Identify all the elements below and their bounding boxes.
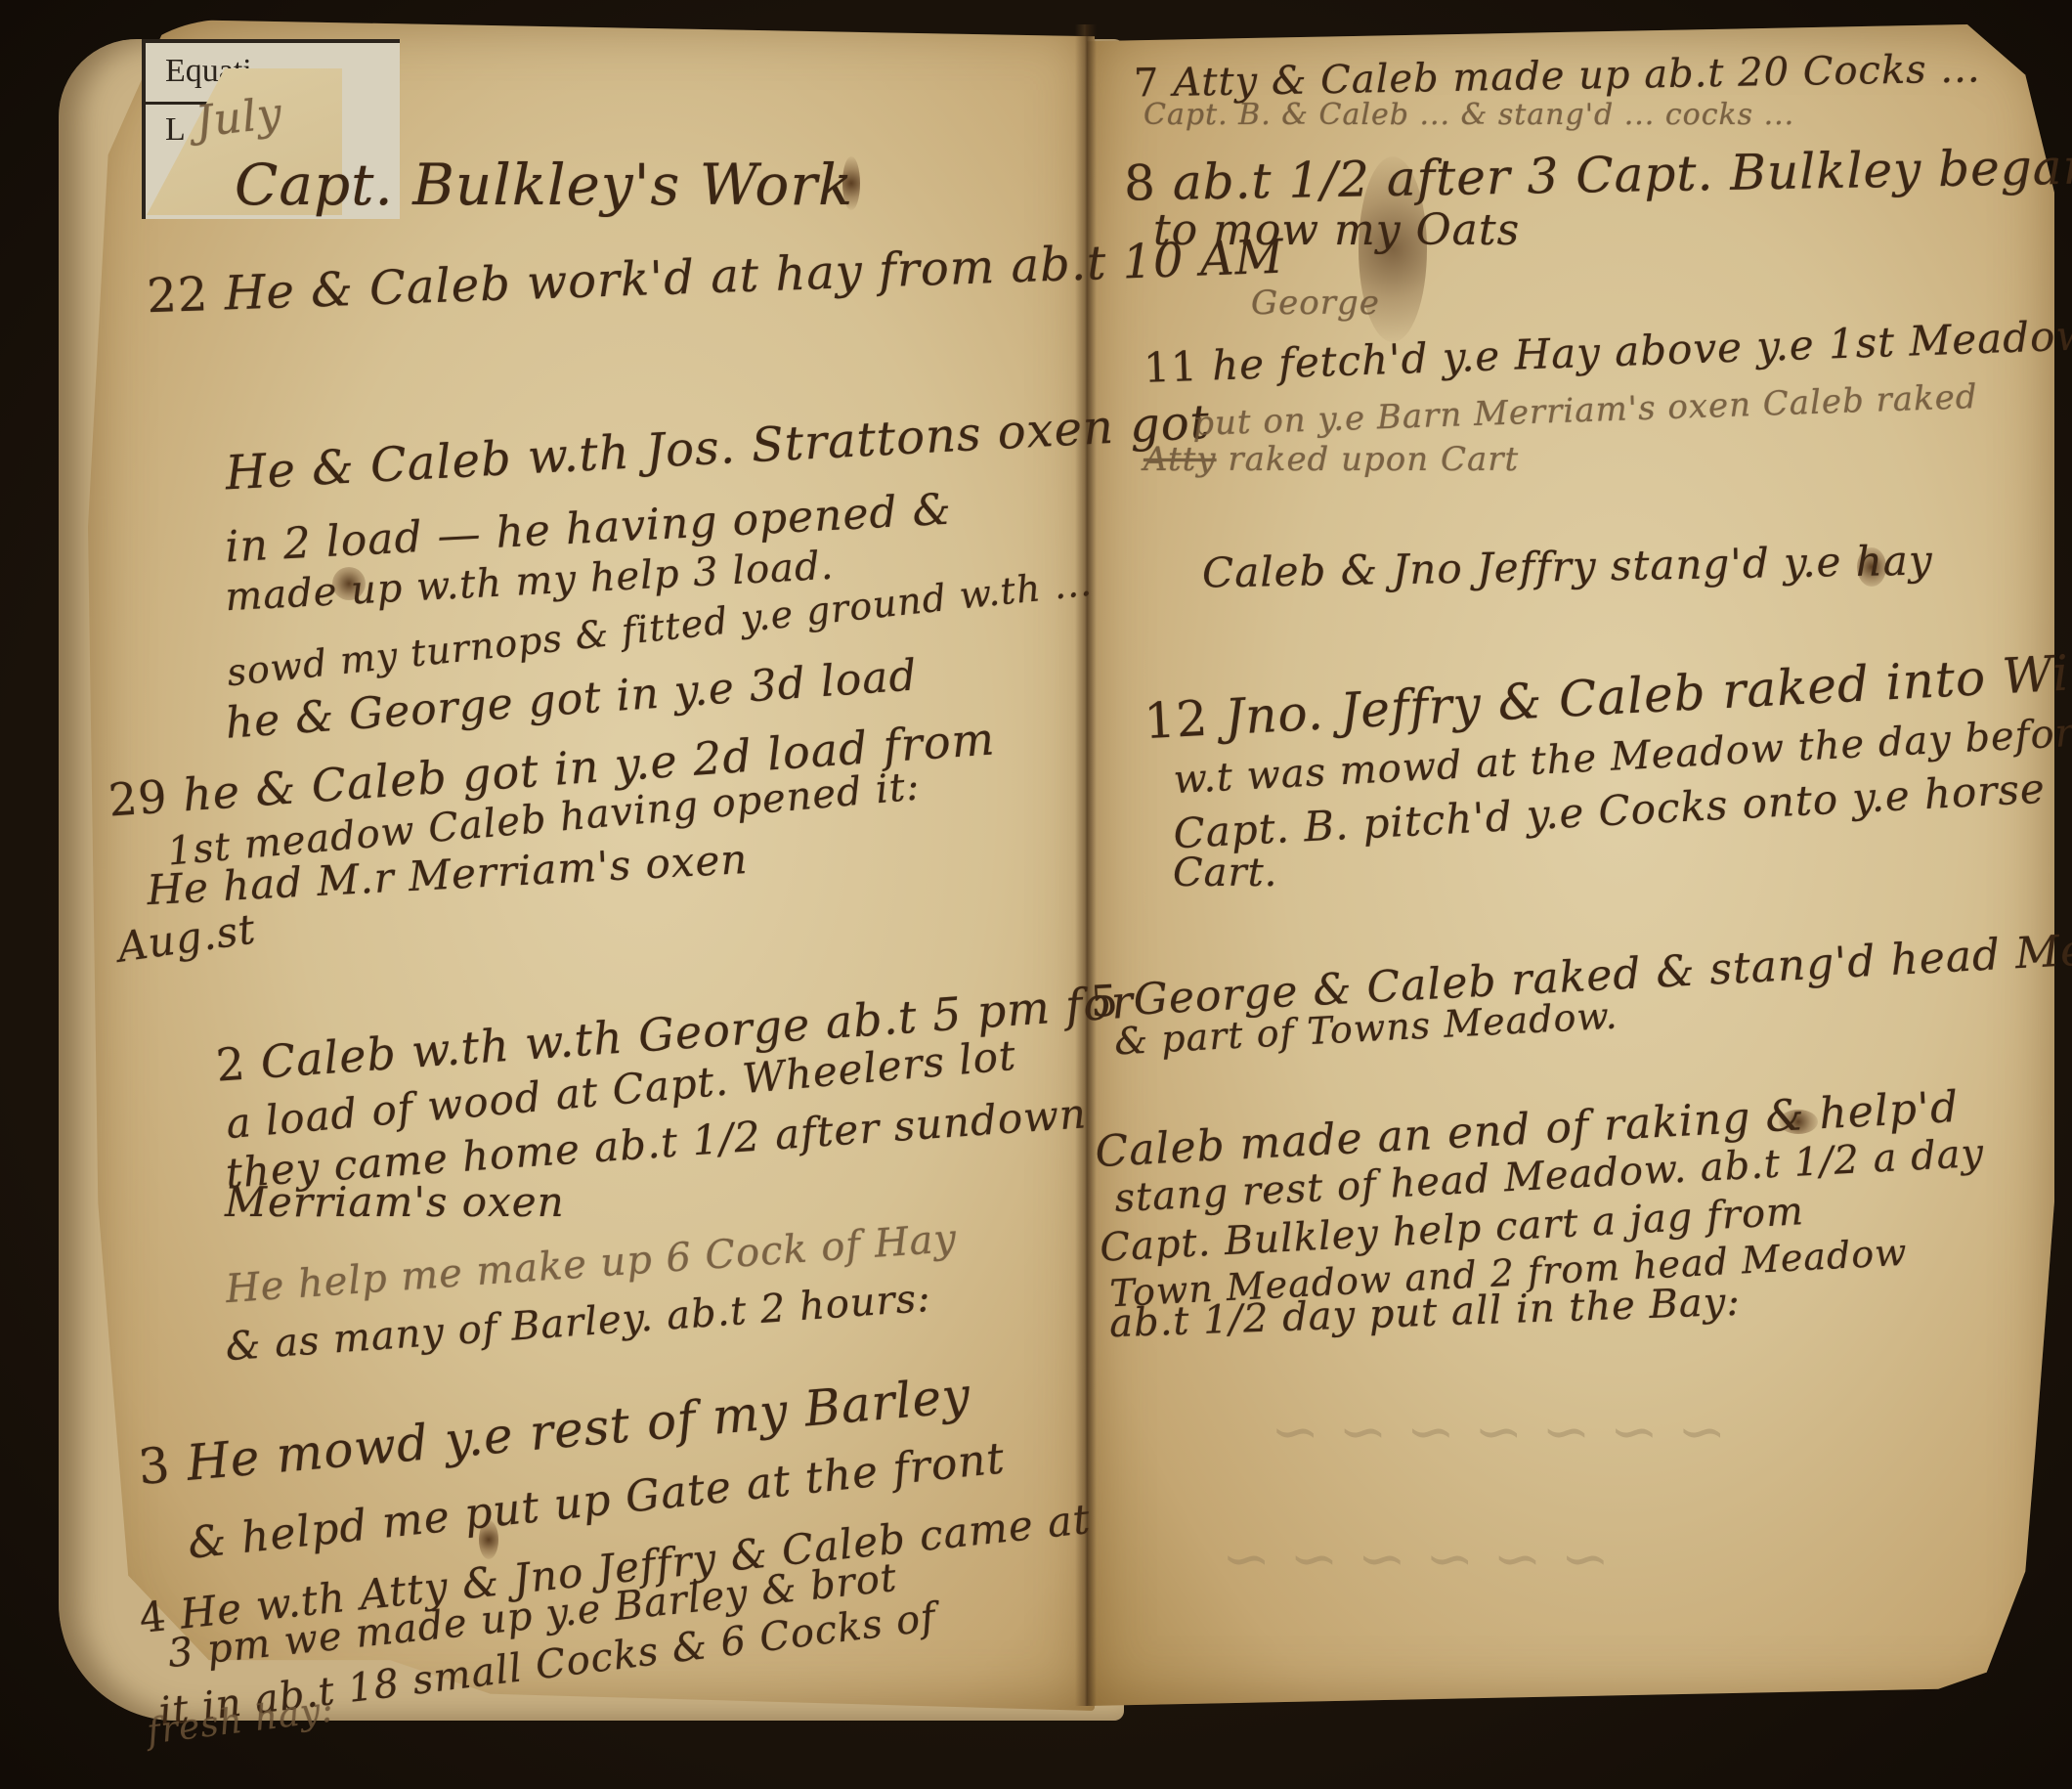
month-heading: July (194, 88, 285, 147)
entry-date: 12 (1143, 690, 1210, 750)
entry-date: 29 (107, 770, 169, 827)
entry-date: 2 (214, 1037, 247, 1092)
entry-line: Cart. (1173, 851, 1277, 895)
entry-line: Atty raked upon Cart (1144, 440, 1519, 479)
entry-line: Merriam's oxen (225, 1178, 565, 1226)
entry-line: Capt. B. & Caleb ... & stang'd ... cocks… (1144, 98, 1794, 132)
entry-date: 11 (1143, 342, 1198, 392)
entry-date: 8 (1124, 154, 1157, 212)
page-title: Capt. Bulkley's Work (235, 152, 853, 218)
bleed-through-text: ~ ~ ~ ~ ~ ~ ~ (1271, 1398, 1726, 1466)
struck-word: Atty (1144, 440, 1217, 479)
entry-date: 4 (137, 1592, 169, 1642)
entry-line: to mow my Oats (1153, 205, 1520, 255)
printed-text-line: L (165, 111, 186, 149)
entry-date: 3 (136, 1436, 173, 1496)
entry-text: raked upon Cart (1228, 440, 1519, 479)
bleed-through-text: ~ ~ ~ ~ ~ ~ (1222, 1525, 1610, 1593)
entry-line: George (1251, 284, 1380, 323)
entry-date: 22 (146, 267, 209, 324)
